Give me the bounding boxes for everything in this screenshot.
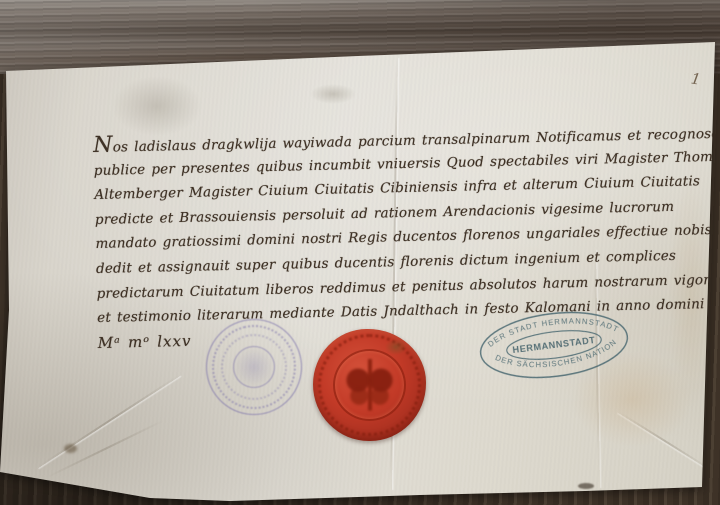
- page-number: 1: [690, 69, 702, 88]
- paper-crease-diagonal-2: [46, 420, 164, 479]
- paper-shadow-wrap: 1 Nos ladislaus dragkwlija wayiwada parc…: [0, 0, 720, 505]
- paper-crease-diagonal-3: [618, 411, 712, 471]
- wax-seal-dirt-patch: [385, 339, 407, 355]
- photo-scene: 1 Nos ladislaus dragkwlija wayiwada parc…: [0, 0, 720, 505]
- dirt-speck-2: [578, 483, 594, 489]
- wax-seal-emblem: [341, 355, 398, 415]
- paper-crease-diagonal: [37, 374, 181, 468]
- faint-pencil-mark: [310, 84, 356, 104]
- dirt-speck: [64, 444, 77, 453]
- ink-show-through-mark: [112, 76, 202, 136]
- red-wax-seal: [313, 329, 426, 441]
- manuscript-paper: 1 Nos ladislaus dragkwlija wayiwada parc…: [0, 0, 720, 505]
- paper-stain-edge: [668, 180, 714, 410]
